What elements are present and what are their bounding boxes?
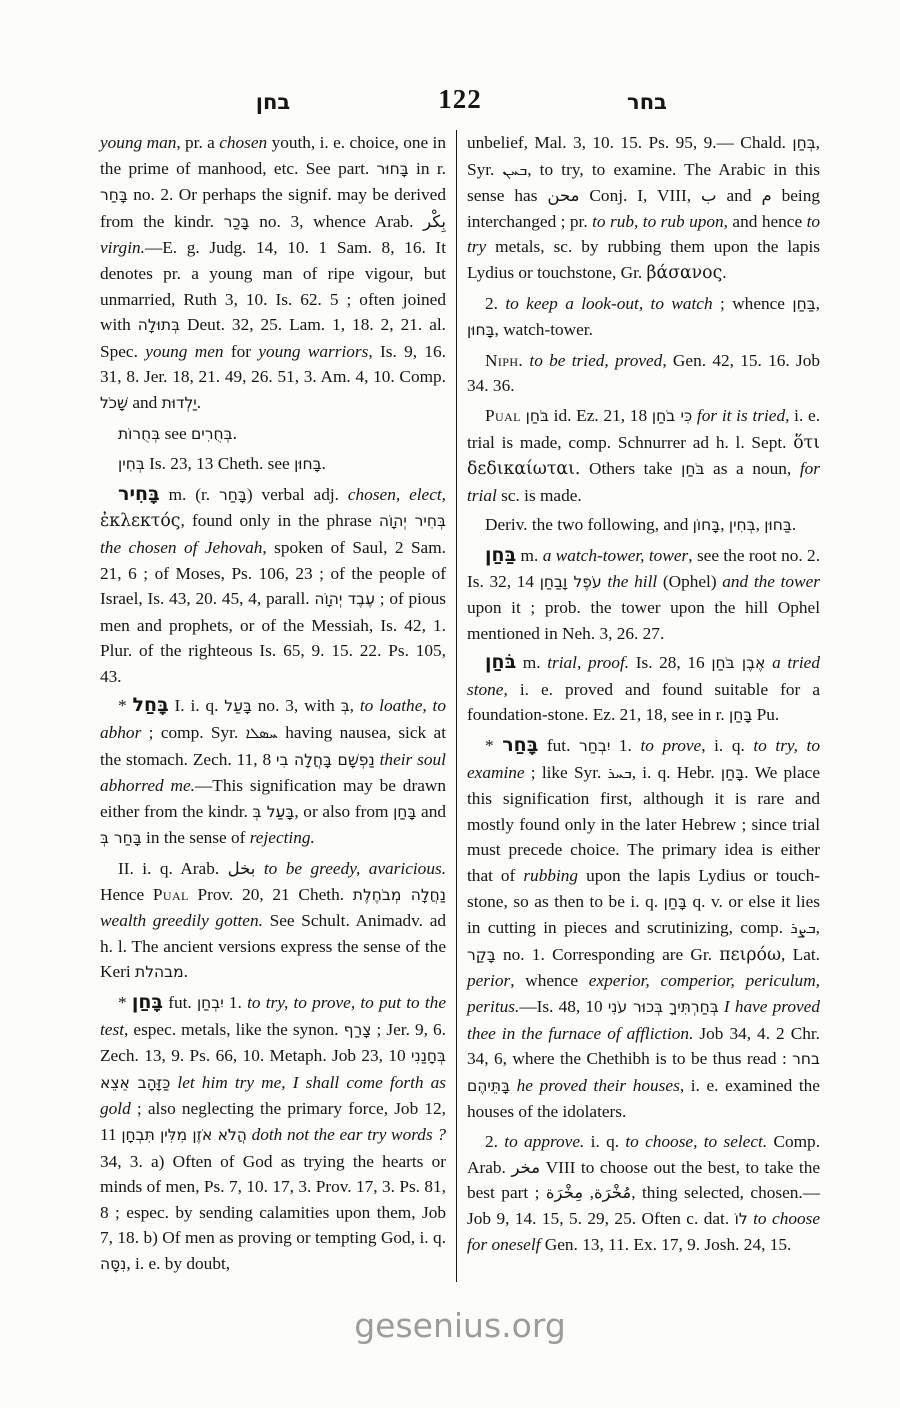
text-run: as a noun, xyxy=(704,459,799,478)
text-run: no. 1. Corresponding are Gr. xyxy=(496,945,720,964)
hebrew-text: בַּחַן xyxy=(792,295,815,313)
text-run: Is. 23, 13 Cheth. see xyxy=(145,454,294,473)
dictionary-paragraph: Niph. to be tried, proved, Gen. 42, 15. … xyxy=(467,348,820,399)
hebrew-text: בָּעַל בְּ xyxy=(252,803,294,821)
italic-text: chosen, elect, xyxy=(348,485,446,504)
hebrew-text: בְּתוּלָה xyxy=(138,316,180,334)
italic-text: perior xyxy=(467,971,510,990)
arabic-text: مخر xyxy=(511,1158,540,1177)
text-run: Prov. 20, 21 Cheth. xyxy=(189,885,353,904)
greek-text: ἐκλεκτός xyxy=(100,511,180,531)
dictionary-paragraph: 2. to approve. i. q. to choose, to selec… xyxy=(467,1129,820,1258)
text-run: 1. xyxy=(224,993,247,1012)
syriac-text: ܒܚܪ xyxy=(608,764,632,782)
arabic-text: محن xyxy=(547,186,579,205)
hebrew-text: בְּחֻרִים xyxy=(191,425,233,443)
text-run: * xyxy=(118,993,132,1012)
text-run xyxy=(510,1076,517,1095)
text-run: , i. q. Hebr. xyxy=(632,763,721,782)
text-run: 2. xyxy=(485,1132,504,1151)
hebrew-text: נַפְשָׁם בָּחֲלָה בִי xyxy=(276,751,375,769)
hebrew-text: בָּחוֹן xyxy=(693,516,721,534)
hebrew-text: בְּחִין xyxy=(118,455,145,473)
text-run: . xyxy=(792,515,796,534)
text-run: Is. 28, 16 xyxy=(629,653,711,672)
text-run: . xyxy=(233,424,237,443)
text-run: I. i. q. xyxy=(169,696,225,715)
text-run: i. q. xyxy=(584,1132,625,1151)
dictionary-paragraph: בְּחֻרוֹת see בְּחֻרִים. xyxy=(100,421,446,448)
dictionary-paragraph: * בָּחַל I. i. q. בָּעַל no. 3, with בְּ… xyxy=(100,693,446,852)
text-run: . xyxy=(722,263,726,282)
text-run: , and hence xyxy=(724,212,807,231)
text-run: , pr. a xyxy=(176,133,219,152)
hebrew-text: אֶבֶן בֹּחַן xyxy=(711,654,765,672)
text-run: . xyxy=(184,962,188,981)
right-column: unbelief, Mal. 3, 10. 15. Ps. 95, 9.— Ch… xyxy=(457,130,820,1282)
text-run: for xyxy=(224,342,259,361)
italic-text: to be greedy, avaricious. xyxy=(264,859,446,878)
italic-text: rejecting. xyxy=(250,828,315,847)
syriac-text: ܒܚܢ xyxy=(503,161,528,179)
dictionary-paragraph: Pual בֹּחַן id. Ez. 21, 18 כִּי בֹחַן fo… xyxy=(467,403,820,508)
hebrew-text: מבהלת xyxy=(135,963,184,981)
arabic-text: م xyxy=(761,186,771,205)
italic-text: young men xyxy=(145,342,223,361)
text-run: and xyxy=(717,186,762,205)
italic-text: he proved their houses xyxy=(517,1076,680,1095)
text-run: (Ophel) xyxy=(657,572,722,591)
text-run: , xyxy=(720,515,729,534)
text-run: and xyxy=(416,802,446,821)
hebrew-text: בָּחַן xyxy=(721,764,744,782)
text-run: metals, sc. by rubbing them upon the lap… xyxy=(467,237,820,282)
running-head-right-catchword: בחר xyxy=(474,90,820,114)
italic-text: virgin. xyxy=(100,238,145,257)
greek-text: πειρόω xyxy=(719,945,781,965)
text-run: —Is. 48, 10 xyxy=(519,997,608,1016)
hebrew-text: לוֹ xyxy=(735,1210,748,1228)
arabic-text: ب xyxy=(701,186,717,205)
arabic-text: بخل xyxy=(228,859,256,878)
italic-text: to be tried, proved xyxy=(529,351,662,370)
hebrew-text: בְּ xyxy=(341,697,350,715)
text-run: Hence xyxy=(100,885,153,904)
text-run: no. 3, with xyxy=(252,696,341,715)
arabic-text: بِكْر xyxy=(423,212,446,231)
text-run: fut. xyxy=(163,993,197,1012)
hebrew-text: כִּי בֹחַן xyxy=(652,407,692,425)
dictionary-paragraph: II. i. q. Arab. بخل to be greedy, avaric… xyxy=(100,856,446,986)
watermark-text: gesenius.org xyxy=(100,1306,820,1345)
hebrew-text: בְּחַן xyxy=(792,134,815,152)
hebrew-text: שָׁכֹל xyxy=(100,394,128,412)
text-run: , or also from xyxy=(294,802,393,821)
dictionary-paragraph: בַּחַן m. a watch-tower, tower, see the … xyxy=(467,543,820,646)
hebrew-text: בָּחוּן xyxy=(294,455,322,473)
italic-text: to keep a look-out, to watch xyxy=(505,294,712,313)
greek-text: βάσανος xyxy=(647,263,723,283)
text-run: Others take xyxy=(580,459,681,478)
text-run: Conj. I, VIII, xyxy=(579,186,701,205)
text-run: ; like Syr. xyxy=(525,763,608,782)
text-run: in the sense of xyxy=(142,828,250,847)
italic-text: and the tower xyxy=(722,572,820,591)
text-run: , xyxy=(583,1183,594,1202)
dictionary-paragraph: 2. to keep a look-out, to watch ; whence… xyxy=(467,291,820,344)
hebrew-text: יַלְדוּת xyxy=(162,394,197,412)
italic-text: to prove xyxy=(640,736,701,755)
hebrew-text: בָּחוּן xyxy=(467,321,495,339)
hebrew-headword: בָּחִיר xyxy=(118,483,160,505)
italic-text: wealth greedily gotten. xyxy=(100,911,263,930)
text-run: , i. q. xyxy=(701,736,753,755)
text-run: upon it ; prob. the tower upon the hill … xyxy=(467,598,820,643)
text-run: , espec. metals, like the synon. xyxy=(124,1020,344,1039)
hebrew-text: בְּחֻרוֹת xyxy=(118,425,160,443)
hebrew-text: בֹּחַן xyxy=(681,460,704,478)
hebrew-text: יִבְחַר xyxy=(579,737,610,755)
text-run: ; comp. Syr. xyxy=(141,723,245,742)
italic-text: the chosen of Jehovah xyxy=(100,538,262,557)
hebrew-text: בְּחִיר יְהוָֹה xyxy=(379,512,446,530)
smallcaps-text: Pual xyxy=(153,885,189,904)
text-run: . xyxy=(197,393,201,412)
italic-text: to approve. xyxy=(504,1132,584,1151)
hebrew-text: בָּחַן xyxy=(393,803,416,821)
text-run: , Lat. xyxy=(781,945,820,964)
dictionary-paragraph: * בָּחַר fut. יִבְחַר 1. to prove, i. q.… xyxy=(467,733,820,1125)
hebrew-text: בְּחַרְתִּיךָ בְּכוּר עֹנִי xyxy=(608,998,719,1016)
hebrew-headword: בָּחַל xyxy=(133,694,169,716)
hebrew-text: הֲלֹא אֹזֶן מִלִּין תִּבְחָן xyxy=(121,1126,247,1144)
text-run: and xyxy=(128,393,162,412)
text-run: , xyxy=(816,294,820,313)
two-column-text-block: young man, pr. a chosen youth, i. e. cho… xyxy=(100,130,820,1282)
text-run: , whence xyxy=(510,971,589,990)
text-run: 2. xyxy=(485,294,505,313)
arabic-text: مِخْرَة xyxy=(546,1183,583,1202)
italic-text: the hill xyxy=(607,572,657,591)
text-run: * xyxy=(118,696,133,715)
italic-text: doth not the ear try words ? xyxy=(252,1125,446,1144)
smallcaps-text: Niph. xyxy=(485,351,523,370)
text-run: * xyxy=(485,736,502,755)
text-run: no. 3, whence Arab. xyxy=(250,212,424,231)
text-run: Deriv. the two following, and xyxy=(485,515,693,534)
text-run: , xyxy=(816,918,820,937)
hebrew-text: בַּחוּן xyxy=(764,516,792,534)
text-run: ; whence xyxy=(713,294,793,313)
hebrew-text: נַחֲלָה מְבֹחֶלֶת xyxy=(353,886,446,904)
hebrew-text: עֶבֶד יְהוָֹה xyxy=(314,590,375,608)
dictionary-paragraph: Deriv. the two following, and בָּחוֹן, ב… xyxy=(467,512,820,539)
text-run xyxy=(255,859,263,878)
dictionary-paragraph: unbelief, Mal. 3, 10. 15. Ps. 95, 9.— Ch… xyxy=(467,130,820,287)
text-run: sc. is made. xyxy=(497,486,582,505)
italic-text: a watch-tower, tower xyxy=(543,546,689,565)
hebrew-text: בָּעַל xyxy=(224,697,252,715)
dictionary-paragraph: בָּחִיר m. (r. בָּחַר) verbal adj. chose… xyxy=(100,482,446,690)
scanned-lexicon-page: בחן 122 בחר young man, pr. a chosen yout… xyxy=(0,0,900,1408)
hebrew-text: בָּחַר בְּ xyxy=(100,829,142,847)
hebrew-text: צָרַף xyxy=(344,1021,372,1039)
hebrew-headword: בַּחַן xyxy=(485,544,516,566)
text-run: m. xyxy=(516,653,547,672)
text-run: m. (r. xyxy=(160,485,219,504)
text-run: id. Ez. 21, 18 xyxy=(549,406,652,425)
italic-text: trial, proof. xyxy=(547,653,629,672)
hebrew-text: עֹפֶל וָבַחַן xyxy=(540,573,602,591)
hebrew-text: בָּחַר xyxy=(219,486,247,504)
hebrew-headword: בֹּחַן xyxy=(485,651,516,673)
text-run: . xyxy=(322,454,326,473)
hebrew-text: בָּחַר xyxy=(100,186,128,204)
text-run: Pu. xyxy=(752,705,779,724)
italic-text: to rub, to rub upon xyxy=(592,212,724,231)
text-run: , xyxy=(756,515,765,534)
text-run: Gen. 13, 11. Ex. 17, 9. Josh. 24, 15. xyxy=(540,1235,791,1254)
syriac-text: ܒܨܪ xyxy=(790,919,815,937)
italic-text: young man xyxy=(100,133,176,152)
text-run: , i. e. by doubt, xyxy=(126,1254,230,1273)
dictionary-paragraph: בְּחִין Is. 23, 13 Cheth. see בָּחוּן. xyxy=(100,451,446,478)
italic-text: rubbing xyxy=(523,866,578,885)
hebrew-text: בֹּחַן xyxy=(526,407,549,425)
text-run: , watch-tower. xyxy=(495,320,593,339)
syriac-text: ܚܣܠܐ xyxy=(246,724,278,742)
hebrew-text: בְּחִין xyxy=(729,516,756,534)
dictionary-paragraph: * בָּחַן fut. יִבְחַן 1. to try, to prov… xyxy=(100,990,446,1278)
hebrew-text: נִסָּה xyxy=(100,1255,126,1273)
dictionary-paragraph: young man, pr. a chosen youth, i. e. cho… xyxy=(100,130,446,417)
text-run: II. i. q. Arab. xyxy=(118,859,228,878)
text-run: 34, 3. a) Often of God as trying the hea… xyxy=(100,1152,446,1248)
text-run: m. xyxy=(516,546,543,565)
left-column: young man, pr. a chosen youth, i. e. cho… xyxy=(100,130,456,1282)
text-run: , xyxy=(350,696,360,715)
hebrew-text: בָּכַר xyxy=(224,213,250,231)
text-run: 1. xyxy=(610,736,640,755)
arabic-text: مُخْرَة xyxy=(594,1183,631,1202)
italic-text: to choose, to select. xyxy=(625,1132,767,1151)
smallcaps-text: Pual xyxy=(485,406,521,425)
text-run: unbelief, Mal. 3, 10. 15. Ps. 95, 9.— Ch… xyxy=(467,133,792,152)
hebrew-headword: בָּחַר xyxy=(502,734,538,756)
hebrew-text: בָּקַר xyxy=(467,946,496,964)
italic-text: chosen xyxy=(219,133,267,152)
italic-text: young warriors xyxy=(258,342,368,361)
text-run: see xyxy=(160,424,191,443)
text-run: ) verbal adj. xyxy=(247,485,348,504)
text-run: fut. xyxy=(538,736,579,755)
text-run: in r. xyxy=(409,159,446,178)
hebrew-text: יִבְחַן xyxy=(197,994,224,1012)
hebrew-text: בָּחַן xyxy=(664,893,687,911)
hebrew-headword: בָּחַן xyxy=(132,991,163,1013)
hebrew-text: בָּחוּר xyxy=(377,160,409,178)
text-run: , found only in the phrase xyxy=(180,511,378,530)
dictionary-paragraph: בֹּחַן m. trial, proof. Is. 28, 16 אֶבֶן… xyxy=(467,650,820,729)
hebrew-text: בָּחַן xyxy=(729,706,752,724)
italic-text: for it is tried xyxy=(697,406,785,425)
